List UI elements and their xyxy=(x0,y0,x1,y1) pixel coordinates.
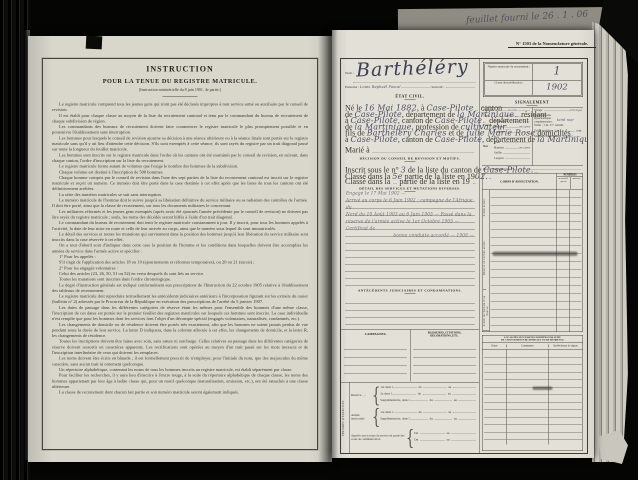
signalement-left: Cheveux noirs Yeux noirs Front Inclinais… xyxy=(483,109,531,162)
dotted-rule xyxy=(393,392,416,395)
periodes-block: PÉRIODES D'EXERCICES Réserve . . . { 1re… xyxy=(341,382,479,454)
instruction-paragraph: Le degré d'instruction générale est indi… xyxy=(52,282,308,293)
printed-label: Surnom : xyxy=(431,85,445,89)
printed-label: Marié à xyxy=(345,146,372,155)
left-page: INSTRUCTION POUR LA TENUE DU REGISTRE MA… xyxy=(28,36,332,462)
instruction-paragraph: Pour faciliter les recherches, il y aura… xyxy=(52,373,308,390)
dotted-rule xyxy=(410,399,427,402)
printed-label: 1re dans l xyxy=(380,411,392,415)
printed-label: Largeur xyxy=(494,130,505,134)
instruction-paragraph: Le numéro matricule de l'homme doit le s… xyxy=(52,198,308,209)
classe-value: 1902 xyxy=(533,80,581,95)
handwritten-value: néant xyxy=(563,135,573,139)
dotted-rule xyxy=(501,135,530,138)
brace: { xyxy=(372,405,380,429)
front-label: Front xyxy=(483,120,494,136)
printed-label: Hauteur xyxy=(494,146,505,150)
renseignements-row: Renseignements physionomiques complément… xyxy=(534,114,582,124)
corps-group-label: Armée active. xyxy=(483,192,486,224)
service-entry: Nord du 10 Août 1903 au 6 Juin 1905 — Pa… xyxy=(346,211,474,218)
garde-voies-label: Appelés aux travaux du service de garde … xyxy=(351,434,406,441)
instruction-paragraph: Chaque homme compris par le conseil de r… xyxy=(52,175,308,192)
printed-label: du xyxy=(429,399,434,403)
dotted-rule xyxy=(516,114,530,117)
printed-label: Marques particulières : xyxy=(534,135,563,139)
printed-label: partie de la liste en 19 xyxy=(397,178,471,187)
dotted-rule xyxy=(496,109,508,112)
ink-smudge-small xyxy=(533,387,553,391)
dotted-rule xyxy=(435,399,452,402)
periode-row: Supplémentaire, dans l du au xyxy=(380,399,477,406)
instruction-box: INSTRUCTION POUR LA TENUE DU REGISTRE MA… xyxy=(42,58,318,450)
printed-label: du xyxy=(429,417,434,421)
nom-value: Barthéléry xyxy=(356,58,469,81)
dotted-rule xyxy=(435,417,452,420)
reserve-group: Réserve . . . { 1re dans l du au 2e dans… xyxy=(351,386,477,406)
printed-label: au xyxy=(447,392,452,396)
dotted-rule xyxy=(410,417,427,420)
corps-group-label: Armée territoriale et sa réserve. xyxy=(483,292,489,332)
matricule-box: Numéro matricule du recrutement : 1 Clas… xyxy=(483,62,583,97)
dotted-rule xyxy=(510,120,530,123)
localites-col-dates: Dates xyxy=(483,345,508,348)
garde-voies-group: Appelés aux travaux du service de garde … xyxy=(351,431,477,446)
instruction-paragraph: On a tout d'abord soin d'indiquer dans c… xyxy=(52,243,308,254)
printed-label: Saillie xyxy=(494,151,503,155)
corps-title: CORPS D'AFFECTATION. xyxy=(483,174,557,191)
marques-row: Marques particulières : néant xyxy=(534,135,582,141)
decision-line: Classé dans la partie de la liste en 19 xyxy=(345,178,475,184)
printed-label: centim. xyxy=(554,124,564,128)
instruction-paragraph: Le détail des services et toutes les mut… xyxy=(52,231,308,242)
printed-label: au xyxy=(446,432,451,436)
etat-civil-line: à Case-Pilote, canton de Case-Pilote, dé… xyxy=(345,134,475,140)
dotted-rule xyxy=(506,125,519,128)
dotted-rule xyxy=(459,417,476,420)
printed-label: Supplémentaire, dans l xyxy=(380,399,409,403)
brace: { xyxy=(406,426,414,450)
matricule-number-value: 1 xyxy=(533,64,581,80)
instruction-paragraph: Toutes les inscriptions doivent être fai… xyxy=(52,339,308,356)
handwritten-value: Case-Pilote xyxy=(351,134,398,144)
printed-label: au xyxy=(453,399,458,403)
localites-body xyxy=(483,350,583,445)
printed-label: Yeux xyxy=(483,114,490,118)
dotted-rule xyxy=(514,167,581,170)
printed-label: Dos xyxy=(494,135,500,139)
signalement-box: Cheveux noirs Yeux noirs Front Inclinais… xyxy=(482,107,583,166)
corps-group-label: Réserve de l'armée active. xyxy=(483,226,486,291)
decision-line: Inscrit sous le n° 3 de la liste du cant… xyxy=(345,165,475,171)
reserve-label: Réserve . . . xyxy=(351,394,372,398)
form-content: Nom : Barthéléry Prénoms : Louis Raphaël… xyxy=(341,59,587,453)
corps-rows xyxy=(491,191,582,332)
periode-row: Supplémentaire, dans l du au xyxy=(380,417,477,424)
dotted-rule xyxy=(451,438,476,441)
handwritten-value: moyen xyxy=(519,146,530,150)
printed-label: du xyxy=(417,392,422,396)
dotted-rule xyxy=(423,386,446,389)
garde-voies-rows: Du au Du au xyxy=(414,432,477,445)
printed-label: cent. xyxy=(575,129,582,133)
detail-entries: Engagé le 17 Mai 1902 — Arrivé au corps … xyxy=(346,190,474,239)
printed-label: 2e dans l xyxy=(380,392,391,396)
instruction-paragraph: La classe de recrutement dont chacun fai… xyxy=(52,390,308,396)
handwritten-value: noirs xyxy=(506,114,515,118)
corps-table: CORPS D'AFFECTATION. NUMÉROS au contrôle… xyxy=(482,173,583,332)
instruction-paragraph: Les dates de passage dans les différente… xyxy=(52,305,308,322)
dotted-rule xyxy=(420,438,445,441)
printed-label: Cheveux xyxy=(483,109,495,113)
page-stack-edge xyxy=(592,22,628,462)
territoriale-rows: 1re dans l du au Supplémentaire, dans l … xyxy=(380,411,477,424)
printed-label: Taille rectifiée : 1 m. xyxy=(534,129,561,133)
campagnes-rows xyxy=(344,343,407,381)
printed-label: Prénoms : xyxy=(345,85,360,89)
degre-instruction-row: Degré d'instruction : 1 xyxy=(483,167,582,171)
blessures-line2: DÉCORATIONS, ETC. xyxy=(411,335,478,338)
printed-label: Du xyxy=(414,432,419,436)
dotted-rule xyxy=(394,386,417,389)
printed-label: Degré d'instruction : xyxy=(483,168,511,172)
decision-heading: DÉCISION DU CONSEIL DE REVISION ET MOTIF… xyxy=(341,157,479,162)
brace: { xyxy=(372,383,380,407)
matricule-number-label: Numéro matricule du recrutement : xyxy=(485,64,533,80)
dotted-rule xyxy=(420,432,445,435)
instruction-paragraphs: Le registre matricule comprend tous les … xyxy=(52,102,308,396)
gutter-shadow xyxy=(318,28,338,464)
localites-col-subdivisions: Subdivisions de région xyxy=(549,345,583,348)
localites-col-communes: Communes xyxy=(507,345,549,348)
dotted-rule xyxy=(562,129,575,132)
printed-label: Taille : 1 m. xyxy=(534,124,550,128)
dotted-rule xyxy=(504,151,530,154)
localites-table: LOCALITÉS SUCCESSIVES HABITÉES PAR SUITE… xyxy=(482,335,583,451)
handwritten-value: 1 xyxy=(511,167,513,171)
dotted-rule xyxy=(394,411,417,414)
handwritten-value: Louis Raphaël Pascal xyxy=(360,85,401,89)
service-entry: Engagé le 17 Mai 1902 — xyxy=(346,190,474,197)
dotted-rule xyxy=(574,135,581,138)
localites-caption: LOCALITÉS SUCCESSIVES HABITÉES PAR SUITE… xyxy=(483,336,583,344)
dotted-rule xyxy=(506,130,530,133)
renseignements-label: Renseignements physionomiques complément… xyxy=(534,114,557,124)
dotted-rule xyxy=(453,411,476,414)
handwritten-value: Case-Pilote xyxy=(435,134,482,144)
handwritten-value: noirs xyxy=(508,109,517,113)
printed-label: Visage xyxy=(534,109,543,113)
periode-row: Du au xyxy=(414,438,477,445)
printed-label: au xyxy=(447,386,452,390)
numeros-header: NUMÉROS au contrôle spécial matricule xyxy=(557,174,584,191)
service-entry: réserve de l'armée active le 1er Octobre… xyxy=(346,218,474,232)
blessures-col-header: BLESSURES, CITATIONS, DÉCORATIONS, ETC. xyxy=(411,332,478,338)
signalement-heading: SIGNALEMENT xyxy=(479,100,585,106)
instruction-paragraph: Le registre matricule doit reproduire te… xyxy=(52,294,308,305)
dotted-rule xyxy=(518,109,530,112)
campagnes-col-header: CAMPAGNES. xyxy=(341,333,410,337)
instruction-content: INSTRUCTION POUR LA TENUE DU REGISTRE MA… xyxy=(43,59,317,449)
printed-label: Hauteur xyxy=(494,125,505,129)
service-entry: bonne conduite accordé — 1908 — xyxy=(346,232,474,239)
printed-label: , canton de xyxy=(398,135,435,144)
renseignements-value: teint noir xyxy=(557,114,582,124)
numeros-sub2: matricule xyxy=(570,177,583,189)
etat-civil-heading: ÉTAT CIVIL. xyxy=(341,94,479,100)
dotted-rule xyxy=(402,85,431,88)
dotted-rule xyxy=(451,432,476,435)
handwritten-value: moyen xyxy=(519,125,530,129)
instruction-paragraph: Les commandants des bureaux de recruteme… xyxy=(52,124,308,135)
handwritten-value: allongé xyxy=(569,109,582,113)
signalement-divider xyxy=(532,108,533,166)
marie-line: Marié à xyxy=(345,146,475,152)
printed-label: Classé dans la xyxy=(345,178,392,187)
numeros-sub1: au contrôle spécial xyxy=(557,177,570,189)
service-entry: Arrivé au corps le 6 Juin 1902 ; campagn… xyxy=(346,197,474,211)
dotted-rule xyxy=(453,386,476,389)
instruction-paragraph: Les militaires réformés et les jeunes ge… xyxy=(52,209,308,220)
nomenclature-reference: N° 1503 de la Nomenclature générale. xyxy=(508,41,596,48)
classe-label: Classe de mobilisation : xyxy=(485,80,533,95)
signalement-right: Visage allongé Renseignements physionomi… xyxy=(534,109,582,141)
printed-label: Du xyxy=(414,438,419,442)
nez-group: Nez . Dos Base Hauteur moyen Saillie Lar… xyxy=(483,135,531,161)
nez-label: Nez . xyxy=(483,135,494,161)
instruction-paragraph: Les hommes pour lesquels le conseil de r… xyxy=(52,135,308,152)
instruction-paragraph: Les changements de domicile ou de réside… xyxy=(52,322,308,339)
dotted-rule xyxy=(544,109,568,112)
territoriale-group: Armée territoriale { 1re dans l du au Su… xyxy=(351,410,477,425)
antecedents-ruled-lines xyxy=(345,297,475,325)
printed-label: au xyxy=(446,438,451,442)
dotted-rule xyxy=(393,178,396,184)
right-page: — 1902 — Nom : Barthéléry Prénoms : Loui… xyxy=(332,30,594,458)
instruction-paragraph: Il est établi pour chaque classe au moye… xyxy=(52,113,308,124)
dotted-rule xyxy=(423,392,446,395)
dotted-rule xyxy=(506,146,519,149)
territoriale-label: Armée territoriale xyxy=(351,414,372,421)
instruction-title: INSTRUCTION xyxy=(52,65,308,74)
instruction-paragraph: Le registre matricule comprend tous les … xyxy=(52,102,308,113)
front-group: Front Inclinaison Hauteur moyen Largeur xyxy=(483,120,531,136)
localites-rows xyxy=(484,351,582,444)
front-subs: Inclinaison Hauteur moyen Largeur xyxy=(494,120,531,136)
printed-label: Supplémentaire, dans l xyxy=(380,417,409,421)
periodes-divider xyxy=(349,383,350,454)
nom-label: Nom : xyxy=(345,71,354,75)
nez-sub-row: Largeur xyxy=(494,156,531,161)
dotted-rule xyxy=(506,156,530,159)
divider-rule xyxy=(163,96,198,97)
decision-block: Inscrit sous le n° 3 de la liste du cant… xyxy=(345,165,475,184)
periodes-vertical-label: PÉRIODES D'EXERCICES xyxy=(342,387,345,450)
instruction-paragraph: Les hommes sont inscrits sur le registre… xyxy=(52,152,308,163)
printed-label: au xyxy=(453,417,458,421)
matricule-box-inner: Numéro matricule du recrutement : 1 Clas… xyxy=(485,64,582,96)
instruction-subtitle: POUR LA TENUE DU REGISTRE MATRICULE. xyxy=(52,78,308,86)
reserve-rows: 1re dans l du au 2e dans l du au Supplém… xyxy=(380,386,477,406)
page-notch xyxy=(86,36,103,50)
printed-label: du xyxy=(418,386,423,390)
nom-underline xyxy=(353,82,476,83)
prenoms-line: Prénoms : Louis Raphaël PascalSurnom : xyxy=(345,85,476,89)
dotted-rule xyxy=(473,178,476,184)
printed-label: Largeur xyxy=(494,156,505,160)
blessures-rows xyxy=(413,343,476,381)
dotted-rule xyxy=(502,141,530,144)
printed-label: du xyxy=(418,411,423,415)
dotted-rule xyxy=(459,399,476,402)
etat-civil-block: Né le 16 Mai 1882, à Case-Pilote canton … xyxy=(345,103,475,152)
dotted-rule xyxy=(423,411,446,414)
dotted-rule xyxy=(446,85,475,88)
ink-smudge xyxy=(493,252,578,257)
printed-label: au xyxy=(447,411,452,415)
nez-subs: Dos Base Hauteur moyen Saillie Largeur xyxy=(494,135,531,161)
matricule-form: Nom : Barthéléry Prénoms : Louis Raphaël… xyxy=(340,58,588,454)
dotted-rule xyxy=(453,392,476,395)
printed-label: 1re dans l xyxy=(380,386,392,390)
dotted-rule xyxy=(491,114,505,117)
printed-label: Inclinaison xyxy=(494,120,509,124)
antecedents-heading: ANTÉCÉDENTS JUDICIAIRES ET CONDAMNATIONS… xyxy=(341,289,479,294)
instruction-paragraph: Le commandant du bureau de recrutement d… xyxy=(52,220,308,231)
instruction-paragraph: Les noms doivent être écrits en bâtarde … xyxy=(52,356,308,367)
campagnes-table: CAMPAGNES. BLESSURES, CITATIONS, DÉCORAT… xyxy=(341,329,479,382)
printed-label: Base xyxy=(494,141,501,145)
instruction-note: (Instruction ministérielle du 8 juin 190… xyxy=(52,88,308,93)
localites-caption-line2: DE CHANGEMENTS DE DOMICILE OU DE RÉSIDEN… xyxy=(483,339,583,342)
numeros-subheaders: au contrôle spécial matricule xyxy=(557,177,583,189)
dotted-rule xyxy=(373,147,474,153)
